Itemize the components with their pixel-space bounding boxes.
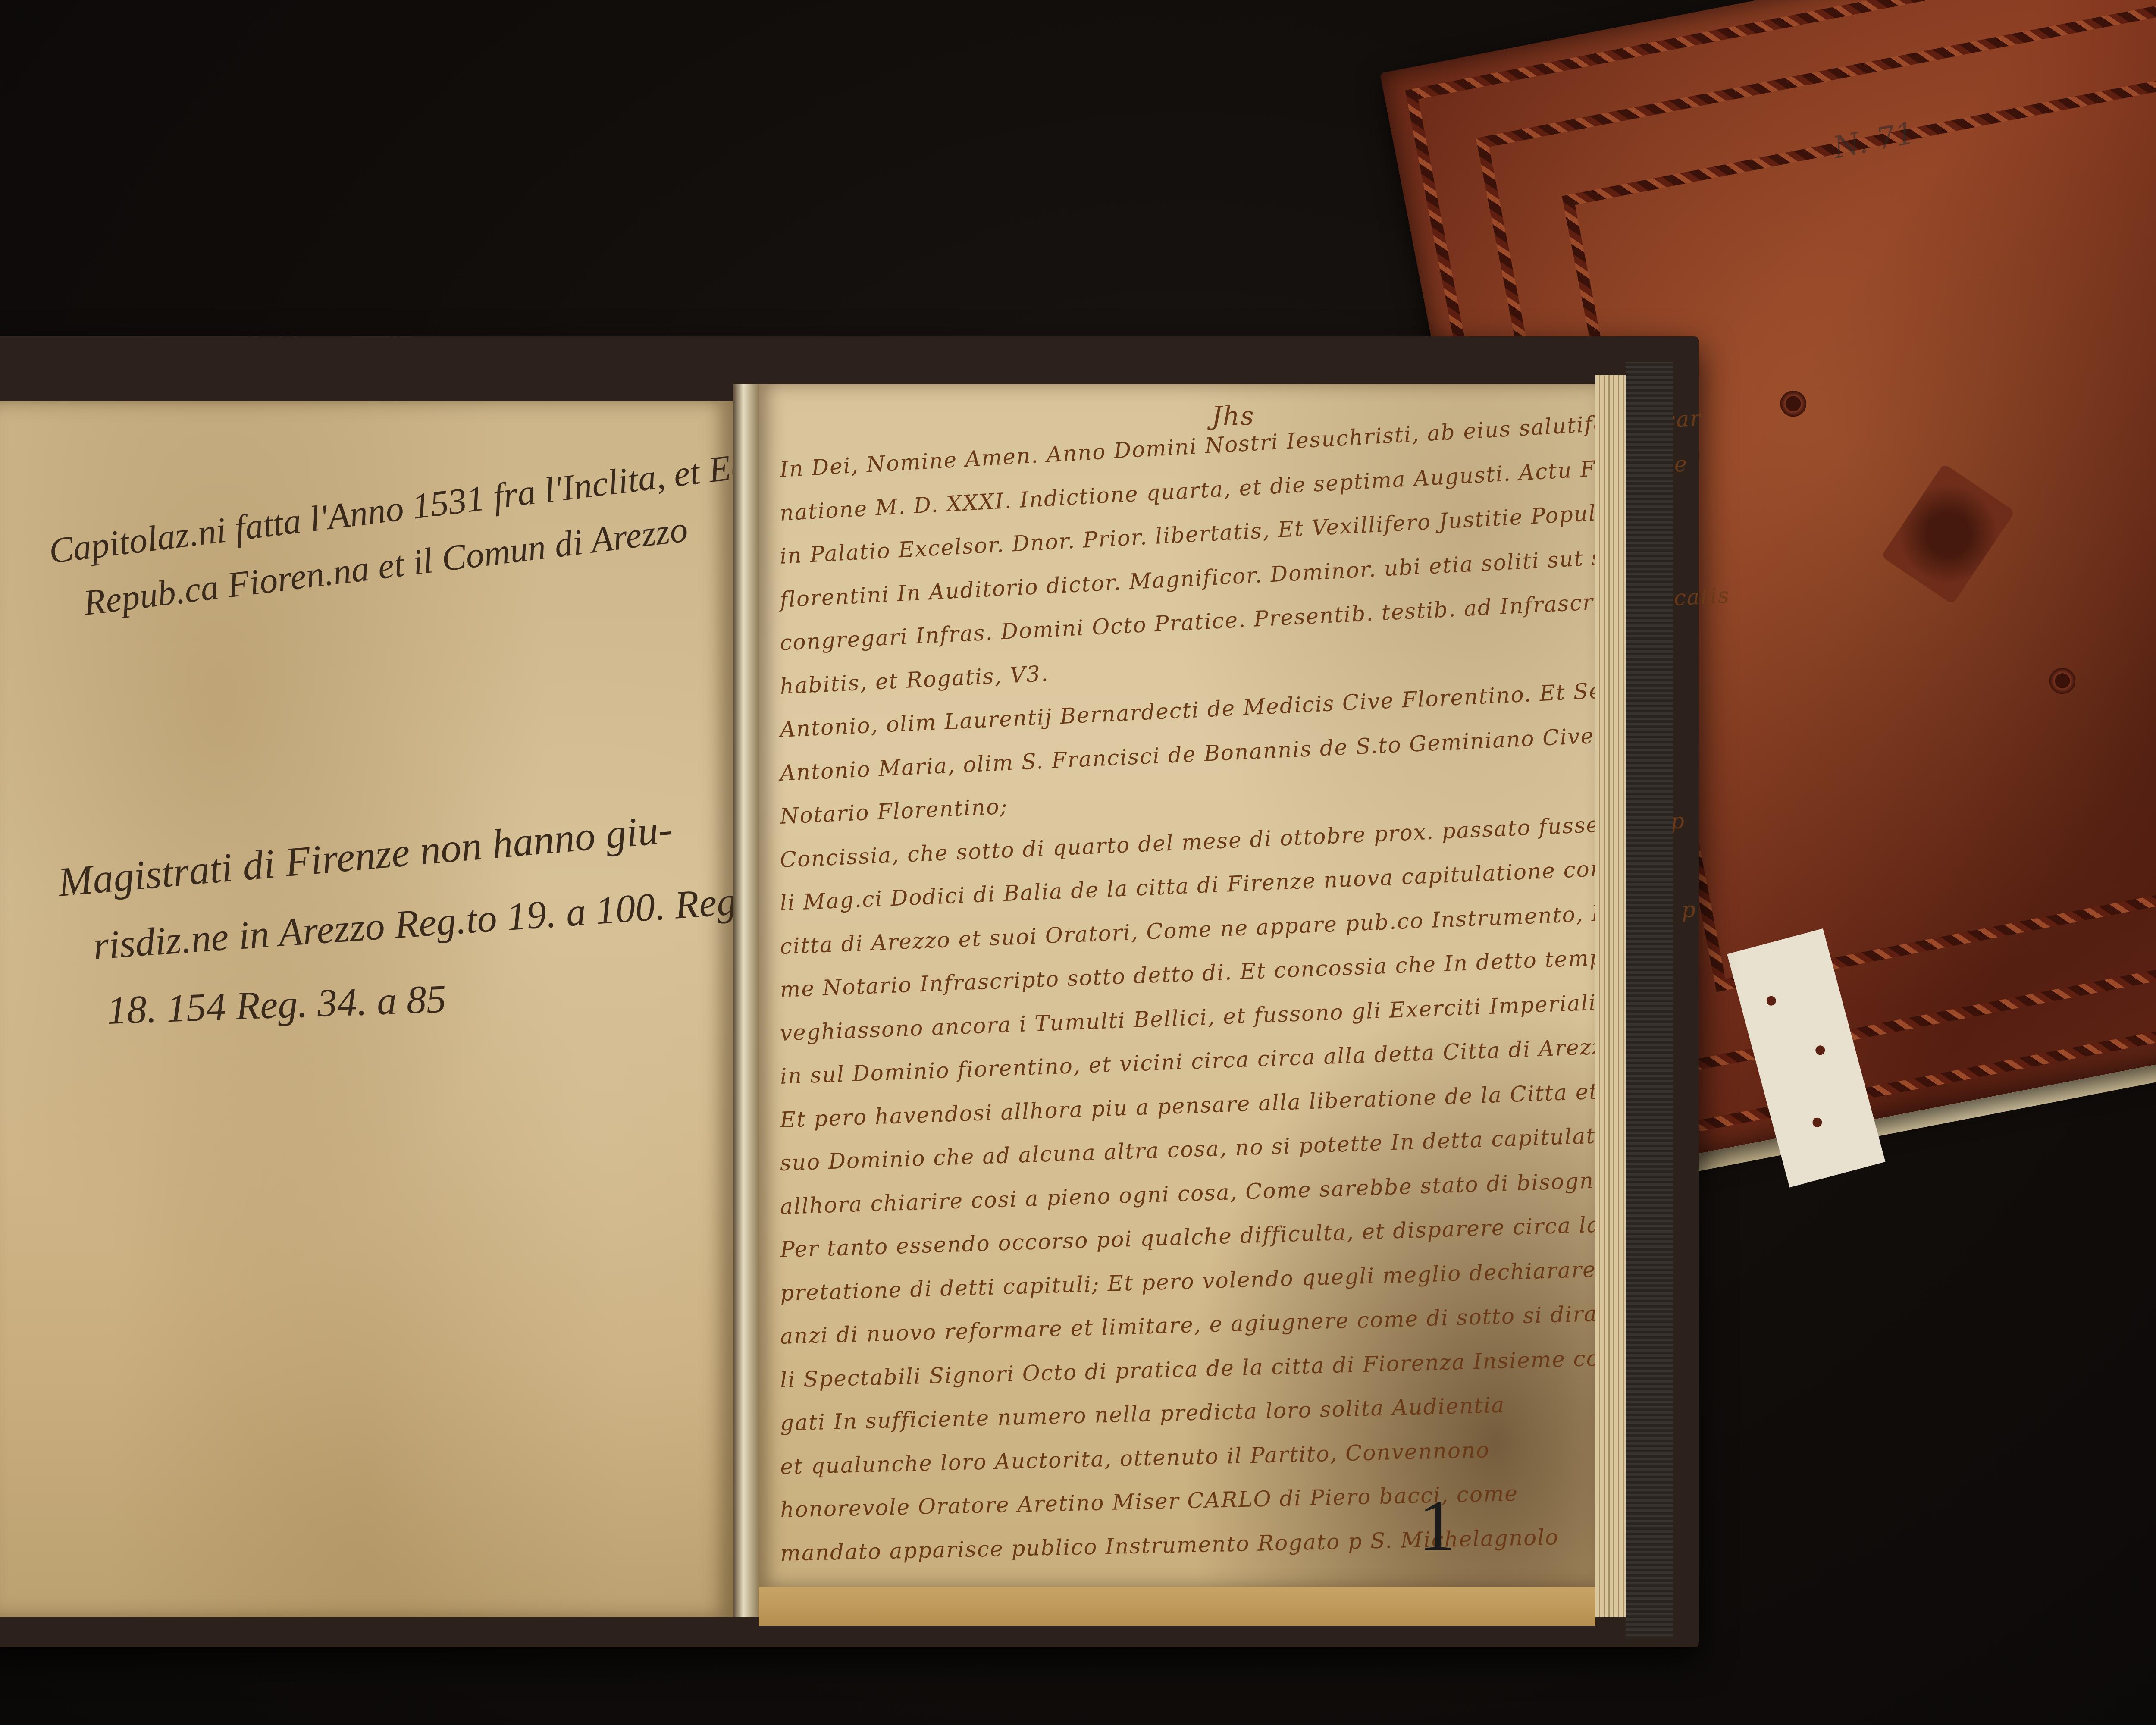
manuscript-line: li Spectabili Signori Octo di pratica de…	[780, 1344, 1655, 1393]
bottom-page-edges	[759, 1587, 1595, 1626]
manuscript-line: Et pero havendosi allhora piu a pensare …	[780, 1078, 1621, 1132]
manuscript-line: et qualunche loro Auctorita, ottenuto il…	[780, 1437, 1490, 1479]
right-page: Jhs In Dei, Nomine Amen. Anno Domini Nos…	[759, 384, 1595, 1587]
manuscript-line: suo Dominio che ad alcuna altra cosa, no…	[780, 1122, 1646, 1176]
archival-note: 18. 154 Reg. 34. a 85	[106, 976, 447, 1033]
manuscript-line: gati In sufficiente numero nella predict…	[780, 1393, 1505, 1436]
manuscript-line: veghiassono ancora i Tumulti Bellici, et…	[780, 990, 1597, 1045]
header-mark: Jhs	[1212, 401, 1255, 431]
manuscript-photo-scene: N. 71 Capitolaz.ni fatta l'Anno 1531 fra…	[0, 0, 2156, 1725]
folio-number: 1	[1419, 1483, 1455, 1568]
binding-spine	[1626, 362, 1673, 1639]
open-register: Capitolaz.ni fatta l'Anno 1531 fra l'Inc…	[0, 336, 1699, 1647]
gutter	[733, 384, 759, 1617]
manuscript-line: allhora chiarire cosi a pieno ogni cosa,…	[780, 1167, 1608, 1219]
manuscript-line: Per tanto essendo occorso poi qualche di…	[780, 1210, 1667, 1262]
manuscript-line: honorevole Oratore Aretino Miser CARLO d…	[780, 1481, 1519, 1522]
manuscript-line: in sul Dominio fiorentino, et vicini cir…	[780, 1033, 1618, 1089]
manuscript-line: habitis, et Rogatis, V3.	[779, 661, 1049, 699]
page-block-edges	[1595, 375, 1626, 1617]
manuscript-line: anzi di nuovo reformare et limitare, e a…	[780, 1301, 1598, 1349]
manuscript-line: Notario Florentino;	[779, 793, 1008, 829]
manuscript-line: pretatione di detti capituli; Et pero vo…	[780, 1257, 1596, 1305]
left-page: Capitolaz.ni fatta l'Anno 1531 fra l'Inc…	[0, 401, 733, 1617]
